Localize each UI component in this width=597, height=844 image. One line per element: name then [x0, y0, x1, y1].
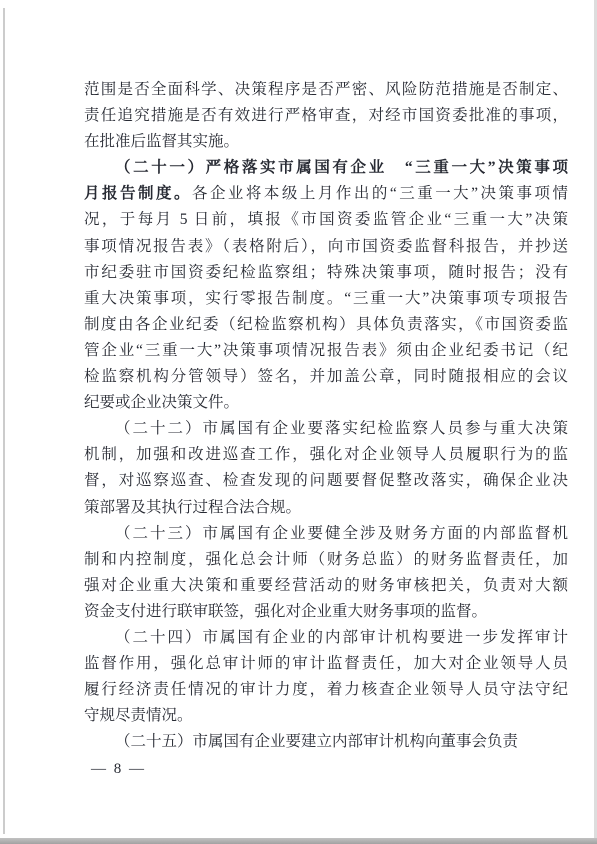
text-line: 重大决策事项，实行零报告制度。“三重一大”决策事项专项报告: [84, 286, 568, 312]
text-segment: （二十三）市属国有企业要健全涉及财务方面的内部监督机: [115, 525, 568, 542]
text-segment: 策部署及其执行过程合法合规。: [84, 499, 301, 516]
text-line: （二十五）市属国有企业要建立内部审计机构向董事会负责: [84, 729, 568, 755]
text-segment: 检监察机构分管领导）签名，并加盖公章，同时随报相应的会议: [84, 368, 568, 385]
text-segment: 月报告制度。: [84, 185, 192, 202]
text-segment: 况，于每月 5 日前，填报《市国资委监管企业“三重一大”决策: [84, 211, 568, 228]
text-line: 监督作用，强化总审计师的审计监督责任，加大对企业领导人员: [84, 651, 568, 677]
text-segment: 资金支付进行联审联签，强化对企业重大财务事项的监督。: [84, 603, 487, 620]
document-page: 范围是否全面科学、决策程序是否严密、风险防范措施是否制定、责任追究措施是否有效进…: [0, 0, 597, 844]
text-line: 管企业“三重一大”决策事项情况报告表》须由企业纪委书记（纪: [84, 338, 568, 364]
text-segment: 在批准后监督其实施。: [84, 133, 239, 150]
text-line: （二十四）市属国有企业的内部审计机构要进一步发挥审计: [84, 625, 568, 651]
text-segment: 重大决策事项，实行零报告制度。“三重一大”决策事项专项报告: [84, 290, 568, 307]
text-segment: 履行经济责任情况的审计力度，着力核查企业领导人员守法守纪: [84, 681, 568, 698]
text-line: 检监察机构分管领导）签名，并加盖公章，同时随报相应的会议: [84, 364, 568, 390]
page-number: — 8 —: [91, 756, 146, 782]
text-segment: 守规尽责情况。: [84, 707, 193, 724]
text-line: 制度由各企业纪委（纪检监察机构）具体负责落实，《市国资委监: [84, 312, 568, 338]
text-line: 机制，加强和改进巡查工作，强化对企业领导人员履职行为的监: [84, 442, 568, 468]
text-line: 策部署及其执行过程合法合规。: [84, 495, 568, 521]
text-segment: 各企业将本级上月作出的“三重一大”决策事项情: [192, 185, 568, 202]
text-segment: 事项情况报告表》（表格附后），向市国资委监督科报告，并抄送: [84, 238, 568, 255]
text-segment: （二十五）市属国有企业要建立内部审计机构向董事会负责: [115, 733, 518, 750]
scan-edge-bottom: [0, 838, 597, 844]
text-line: 强对企业重大决策和重要经营活动的财务审核把关，负责对大额: [84, 573, 568, 599]
text-segment: 市纪委驻市国资委纪检监察组；特殊决策事项，随时报告；没有: [84, 264, 568, 281]
text-line: （二十三）市属国有企业要健全涉及财务方面的内部监督机: [84, 521, 568, 547]
text-line: 在批准后监督其实施。: [84, 129, 568, 155]
text-segment: 纪要或企业决策文件。: [84, 394, 239, 411]
text-line: 资金支付进行联审联签，强化对企业重大财务事项的监督。: [84, 599, 568, 625]
text-segment: 制和内控制度，强化总会计师（财务总监）的财务监督责任，加: [84, 551, 568, 568]
text-block: 范围是否全面科学、决策程序是否严密、风险防范措施是否制定、责任追究措施是否有效进…: [84, 77, 568, 755]
text-line: 月报告制度。各企业将本级上月作出的“三重一大”决策事项情: [84, 181, 568, 207]
text-line: 况，于每月 5 日前，填报《市国资委监管企业“三重一大”决策: [84, 207, 568, 233]
text-segment: 范围是否全面科学、决策程序是否严密、风险防范措施是否制定、: [84, 81, 568, 98]
text-line: 制和内控制度，强化总会计师（财务总监）的财务监督责任，加: [84, 547, 568, 573]
text-segment: 制度由各企业纪委（纪检监察机构）具体负责落实，《市国资委监: [84, 316, 568, 333]
text-line: 范围是否全面科学、决策程序是否严密、风险防范措施是否制定、: [84, 77, 568, 103]
text-line: 督，对巡察巡查、检查发现的问题要督促整改落实，确保企业决: [84, 468, 568, 494]
text-line: （二十一）严格落实市属国有企业 “三重一大”决策事项: [84, 155, 568, 181]
text-segment: 强对企业重大决策和重要经营活动的财务审核把关，负责对大额: [84, 577, 568, 594]
text-segment: 督，对巡察巡查、检查发现的问题要督促整改落实，确保企业决: [84, 472, 568, 489]
text-line: 事项情况报告表》（表格附后），向市国资委监督科报告，并抄送: [84, 234, 568, 260]
text-segment: 机制，加强和改进巡查工作，强化对企业领导人员履职行为的监: [84, 446, 568, 463]
text-segment: 责任追究措施是否有效进行严格审查，对经市国资委批准的事项，: [84, 107, 568, 124]
text-line: （二十二）市属国有企业要落实纪检监察人员参与重大决策: [84, 416, 568, 442]
text-line: 守规尽责情况。: [84, 703, 568, 729]
text-segment: （二十四）市属国有企业的内部审计机构要进一步发挥审计: [115, 629, 568, 646]
scan-edge-left: [3, 8, 5, 834]
text-segment: （二十一）严格落实市属国有企业 “三重一大”决策事项: [115, 159, 568, 176]
text-segment: 管企业“三重一大”决策事项情况报告表》须由企业纪委书记（纪: [84, 342, 568, 359]
text-line: 责任追究措施是否有效进行严格审查，对经市国资委批准的事项，: [84, 103, 568, 129]
text-line: 履行经济责任情况的审计力度，着力核查企业领导人员守法守纪: [84, 677, 568, 703]
text-line: 市纪委驻市国资委纪检监察组；特殊决策事项，随时报告；没有: [84, 260, 568, 286]
text-line: 纪要或企业决策文件。: [84, 390, 568, 416]
text-segment: 监督作用，强化总审计师的审计监督责任，加大对企业领导人员: [84, 655, 568, 672]
text-segment: （二十二）市属国有企业要落实纪检监察人员参与重大决策: [115, 420, 568, 437]
